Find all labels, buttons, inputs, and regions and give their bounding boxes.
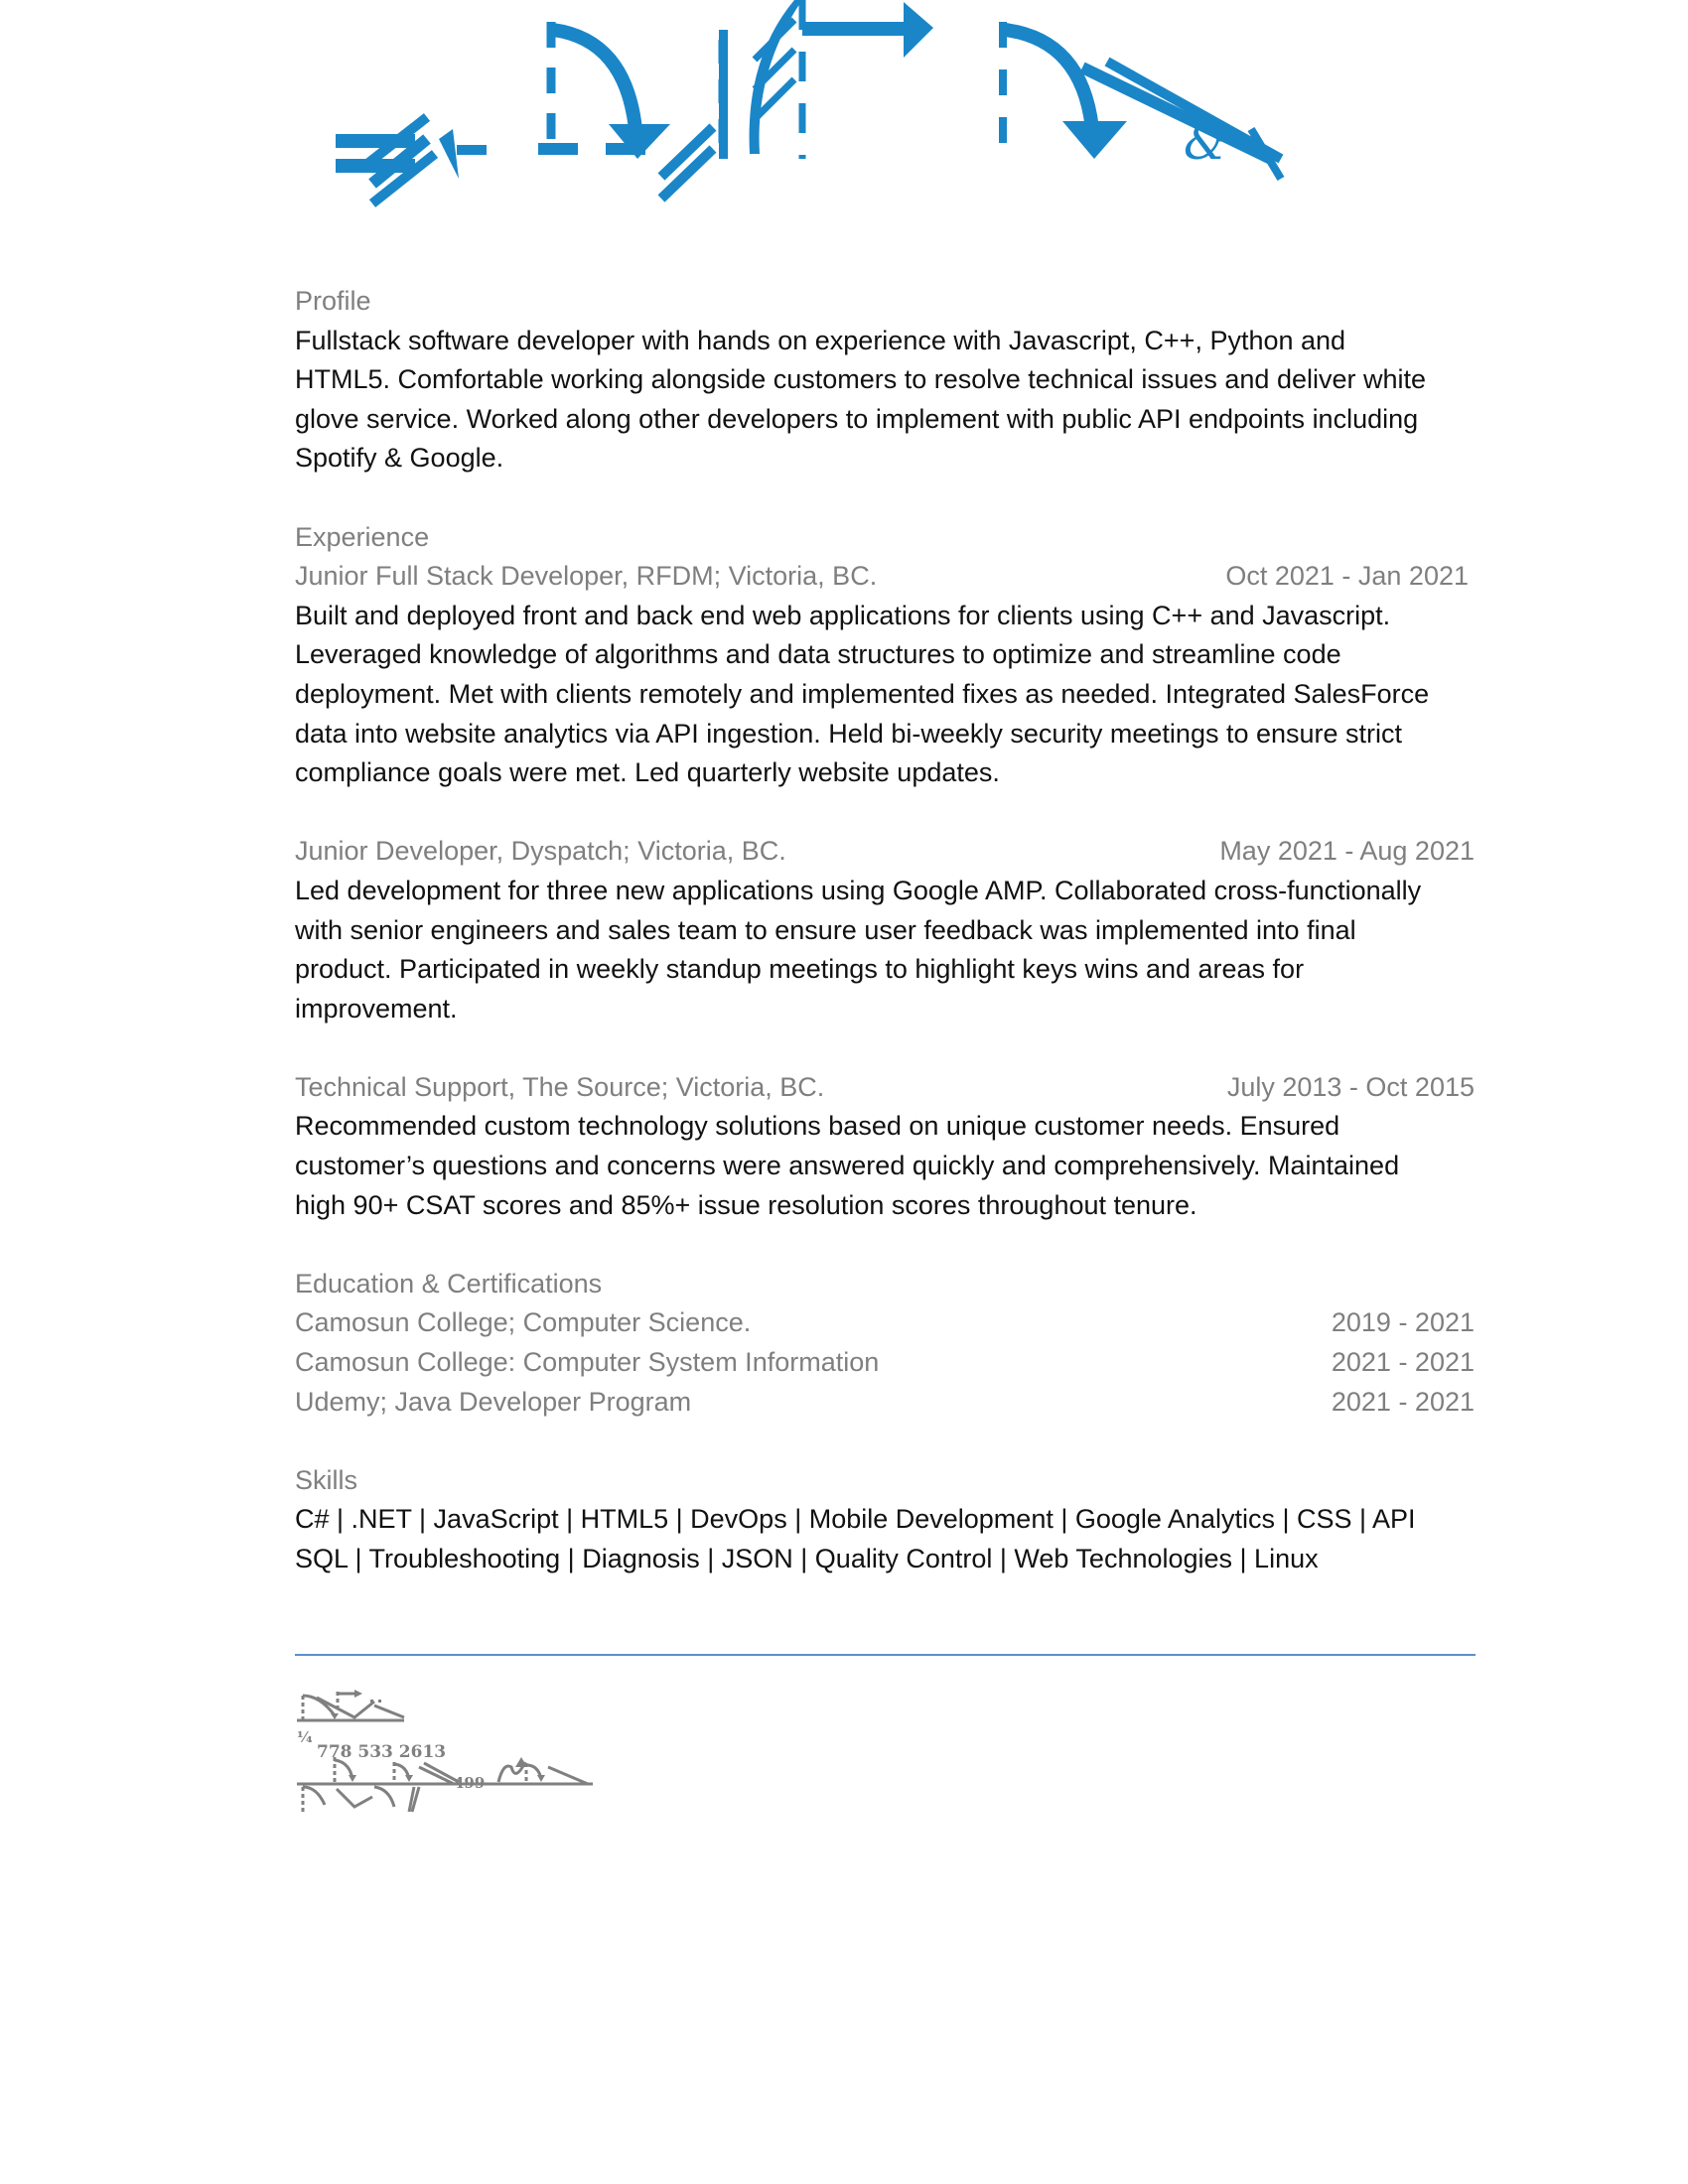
profile-line: glove service. Worked along other develo… bbox=[295, 400, 1475, 440]
skills-line: C# | .NET | JavaScript | HTML5 | DevOps … bbox=[295, 1500, 1475, 1540]
diagonal-strike-icon: & bbox=[1082, 62, 1281, 179]
experience-section: Experience Junior Full Stack Developer, … bbox=[295, 518, 1475, 1226]
job-description-line: with senior engineers and sales team to … bbox=[295, 911, 1475, 951]
skills-section: Skills C# | .NET | JavaScript | HTML5 | … bbox=[295, 1461, 1475, 1579]
education-name: Camosun College: Computer System Informa… bbox=[295, 1343, 879, 1383]
job-entry: Technical Support, The Source; Victoria,… bbox=[295, 1068, 1475, 1225]
education-item: Udemy; Java Developer Program 2021 - 202… bbox=[295, 1383, 1475, 1423]
job-dates: July 2013 - Oct 2015 bbox=[1227, 1068, 1475, 1108]
education-name: Udemy; Java Developer Program bbox=[295, 1383, 691, 1423]
hatch-glyph-icon bbox=[661, 30, 728, 199]
job-description-line: Led development for three new applicatio… bbox=[295, 872, 1475, 911]
education-name: Camosun College; Computer Science. bbox=[295, 1303, 751, 1343]
svg-text:&: & bbox=[1184, 115, 1226, 171]
job-entry: Junior Full Stack Developer, RFDM; Victo… bbox=[295, 557, 1475, 793]
skills-line: SQL | Troubleshooting | Diagnosis | JSON… bbox=[295, 1540, 1475, 1579]
curved-arrow-icon bbox=[538, 22, 670, 159]
job-title: Junior Developer, Dyspatch; Victoria, BC… bbox=[295, 832, 786, 872]
job-description-line: high 90+ CSAT scores and 85%+ issue reso… bbox=[295, 1186, 1475, 1226]
education-item: Camosun College; Computer Science. 2019 … bbox=[295, 1303, 1475, 1343]
profile-line: Spotify & Google. bbox=[295, 439, 1475, 478]
footer-number: 499 bbox=[454, 1774, 485, 1792]
contact-fraction: ¹⁄₄ bbox=[297, 1728, 313, 1746]
education-section: Education & Certifications Camosun Colle… bbox=[295, 1265, 1475, 1422]
resume-body: Profile Fullstack software developer wit… bbox=[295, 282, 1475, 1579]
profile-section: Profile Fullstack software developer wit… bbox=[295, 282, 1475, 478]
education-dates: 2021 - 2021 bbox=[1332, 1383, 1475, 1423]
profile-line: HTML5. Comfortable working alongside cus… bbox=[295, 360, 1475, 400]
section-heading-profile: Profile bbox=[295, 282, 1475, 322]
education-dates: 2021 - 2021 bbox=[1332, 1343, 1475, 1383]
cross-glyph-icon bbox=[336, 117, 487, 204]
education-item: Camosun College: Computer System Informa… bbox=[295, 1343, 1475, 1383]
job-dates: May 2021 - Aug 2021 bbox=[1219, 832, 1475, 872]
job-description-line: data into website analytics via API inge… bbox=[295, 715, 1475, 754]
job-description-line: product. Participated in weekly standup … bbox=[295, 950, 1475, 990]
profile-line: Fullstack software developer with hands … bbox=[295, 322, 1475, 361]
curved-arrow-down-icon bbox=[1003, 22, 1127, 159]
section-heading-education: Education & Certifications bbox=[295, 1265, 1475, 1304]
section-heading-skills: Skills bbox=[295, 1461, 1475, 1501]
arrow-right-icon bbox=[750, 0, 933, 159]
job-description-line: Built and deployed front and back end we… bbox=[295, 597, 1475, 636]
job-dates: Oct 2021 - Jan 2021 bbox=[1225, 557, 1469, 597]
job-description-line: deployment. Met with clients remotely an… bbox=[295, 675, 1475, 715]
job-title: Junior Full Stack Developer, RFDM; Victo… bbox=[295, 557, 877, 597]
footer-divider bbox=[295, 1654, 1476, 1656]
footer-contact-art: ¹⁄₄ 778 533 2613 499 bbox=[295, 1688, 613, 1817]
section-heading-experience: Experience bbox=[295, 518, 1475, 558]
job-description-line: improvement. bbox=[295, 990, 1475, 1029]
phone-number: 778 533 2613 bbox=[317, 1742, 446, 1762]
education-dates: 2019 - 2021 bbox=[1332, 1303, 1475, 1343]
job-description-line: compliance goals were met. Led quarterly… bbox=[295, 753, 1475, 793]
job-entry: Junior Developer, Dyspatch; Victoria, BC… bbox=[295, 832, 1475, 1028]
header-logo-art: & bbox=[328, 0, 1331, 213]
job-description-line: Leveraged knowledge of algorithms and da… bbox=[295, 635, 1475, 675]
job-title: Technical Support, The Source; Victoria,… bbox=[295, 1068, 824, 1108]
job-description-line: customer’s questions and concerns were a… bbox=[295, 1147, 1475, 1186]
job-description-line: Recommended custom technology solutions … bbox=[295, 1107, 1475, 1147]
